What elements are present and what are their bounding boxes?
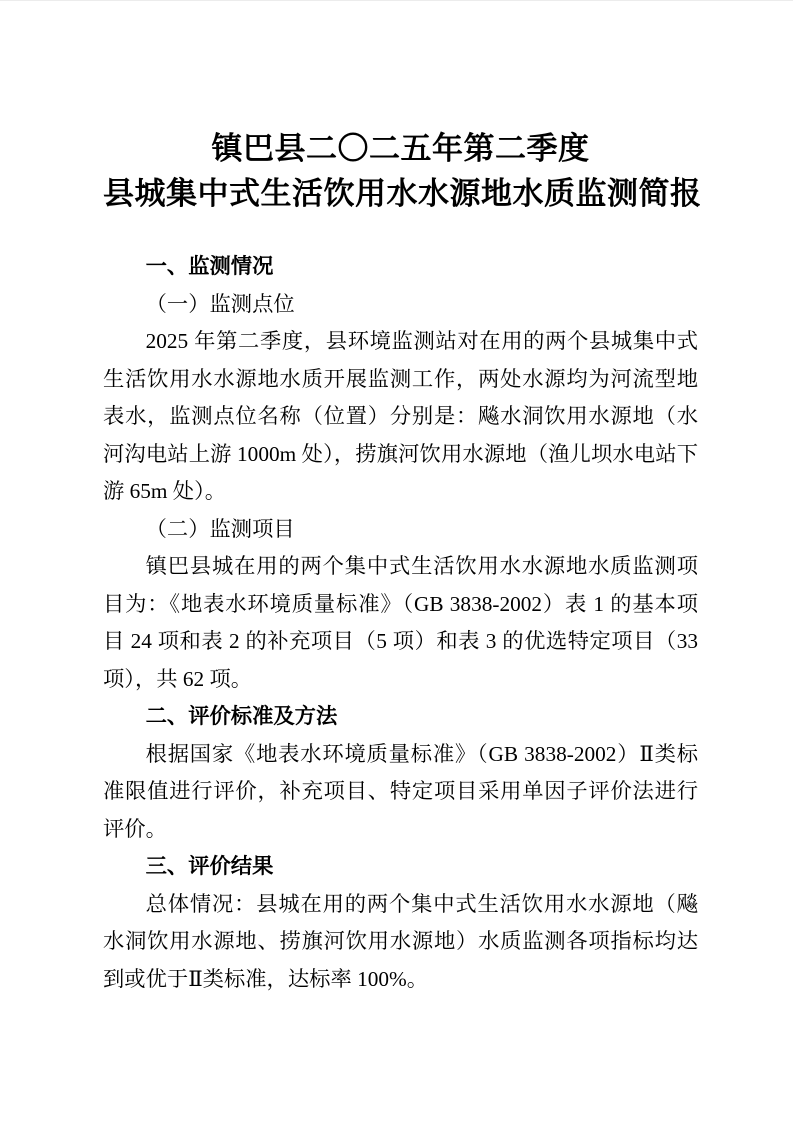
section-1-1-label: （一）监测点位 [103, 286, 698, 324]
section-1-2-label: （二）监测项目 [103, 511, 698, 549]
section-1-2-paragraph: 镇巴县城在用的两个集中式生活饮用水水源地水质监测项目为：《地表水环境质量标准》（… [103, 548, 698, 698]
document-title-line-2: 县城集中式生活饮用水水源地水质监测简报 [103, 171, 698, 216]
section-3-heading: 三、评价结果 [103, 848, 698, 886]
section-2-paragraph: 根据国家《地表水环境质量标准》（GB 3838-2002）Ⅱ类标准限值进行评价，… [103, 736, 698, 849]
section-3-paragraph: 总体情况：县城在用的两个集中式生活饮用水水源地（飚水洞饮用水源地、捞旗河饮用水源… [103, 886, 698, 999]
section-1-heading: 一、监测情况 [103, 248, 698, 286]
section-1-1-paragraph: 2025 年第二季度，县环境监测站对在用的两个县城集中式生活饮用水水源地水质开展… [103, 323, 698, 511]
document-content: 镇巴县二〇二五年第二季度 县城集中式生活饮用水水源地水质监测简报 一、监测情况 … [0, 1, 793, 998]
document-page: 镇巴县二〇二五年第二季度 县城集中式生活饮用水水源地水质监测简报 一、监测情况 … [0, 0, 793, 1122]
document-body: 一、监测情况 （一）监测点位 2025 年第二季度，县环境监测站对在用的两个县城… [103, 248, 698, 998]
document-title-line-1: 镇巴县二〇二五年第二季度 [103, 126, 698, 171]
document-title: 镇巴县二〇二五年第二季度 县城集中式生活饮用水水源地水质监测简报 [103, 126, 698, 216]
section-2-heading: 二、评价标准及方法 [103, 698, 698, 736]
